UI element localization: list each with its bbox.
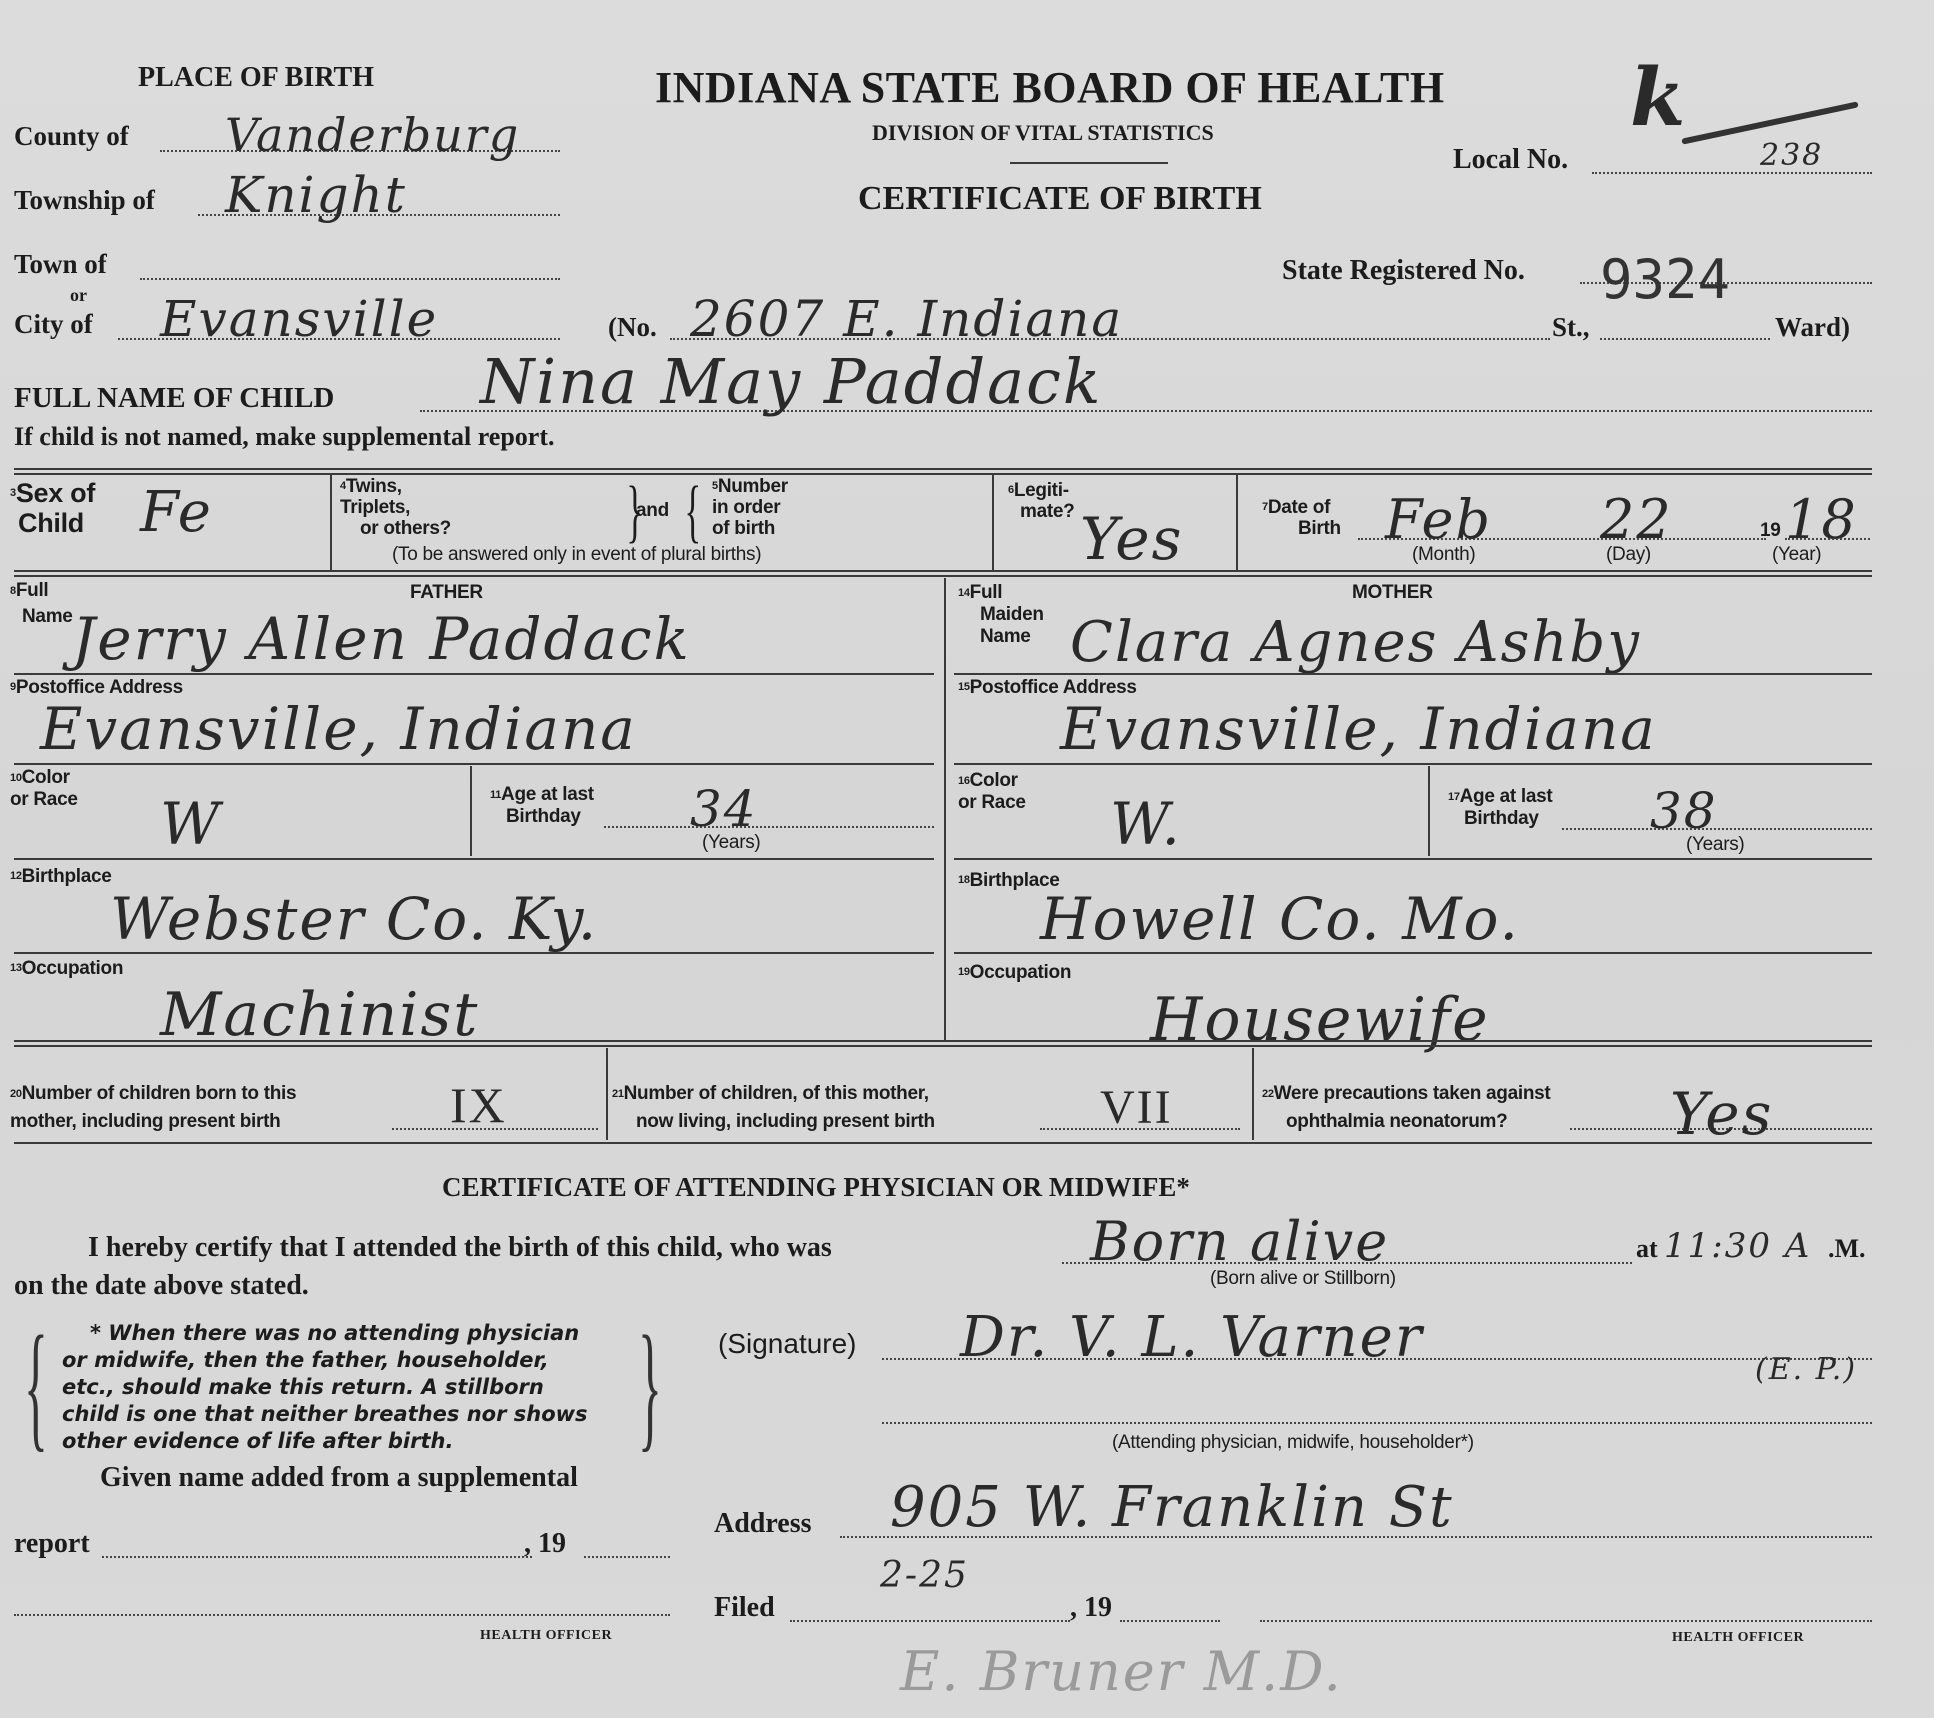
mother-age-divider xyxy=(1428,766,1430,856)
filed-year-line xyxy=(1120,1620,1220,1622)
father-color-label: 10Color or Race xyxy=(10,767,78,811)
title-divider xyxy=(1010,162,1168,164)
report-line xyxy=(102,1556,532,1558)
local-no-label: Local No. xyxy=(1453,144,1568,176)
day-caption: (Day) xyxy=(1606,544,1651,565)
report-year-prefix: , 19 xyxy=(524,1528,566,1560)
city-value: Evansville xyxy=(160,290,438,348)
born-count-label: 20Number of children born to this mother… xyxy=(10,1080,296,1136)
mother-occupation-label: 19Occupation xyxy=(958,962,1071,983)
filed-year-prefix: , 19 xyxy=(1070,1592,1112,1624)
address-value: 905 W. Franklin St xyxy=(890,1475,1454,1540)
mother-color-value: W. xyxy=(1110,790,1182,858)
born-status-value: Born alive xyxy=(1090,1210,1389,1273)
and-label: and xyxy=(636,500,669,521)
footnote-line: etc., should make this return. A stillbo… xyxy=(62,1374,588,1401)
mother-years-caption: (Years) xyxy=(1686,834,1744,855)
township-label: Township of xyxy=(14,188,155,212)
precautions-label: 22Were precautions taken against ophthal… xyxy=(1262,1080,1550,1136)
attending-caption: (Attending physician, midwife, household… xyxy=(1112,1432,1474,1453)
father-name-value: Jerry Allen Paddack xyxy=(72,605,691,673)
state-reg-value: 9324 xyxy=(1600,248,1730,311)
divider-sex xyxy=(330,474,332,570)
division-title: DIVISION OF VITAL STATISTICS xyxy=(872,120,1214,146)
mother-birthplace-line xyxy=(954,952,1872,954)
divider-counts-1 xyxy=(606,1048,608,1140)
footnote-line: other evidence of life after birth. xyxy=(62,1428,588,1455)
footnote-line: child is one that neither breathes nor s… xyxy=(62,1401,588,1428)
footnote-line: or midwife, then the father, householder… xyxy=(62,1347,588,1374)
mother-birthplace-value: Howell Co. Mo. xyxy=(1040,885,1520,953)
sex-label: 3Sex of Child xyxy=(10,478,95,538)
dob-year: 18 xyxy=(1785,488,1858,551)
local-no-value: 238 xyxy=(1760,138,1823,173)
ward-label: Ward) xyxy=(1775,312,1850,343)
at-label: at xyxy=(1636,1234,1658,1264)
footnote-line: * When there was no attending physician xyxy=(62,1320,588,1347)
birth-order-label: 5Number in order of birth xyxy=(712,476,788,539)
time-value: 11:30 A xyxy=(1664,1226,1811,1266)
mother-address-value: Evansville, Indiana xyxy=(1060,695,1657,763)
divider-row-3 xyxy=(14,1040,1872,1047)
father-name-line xyxy=(14,673,934,675)
city-label: City of xyxy=(14,312,93,336)
filed-line xyxy=(790,1620,1070,1622)
mother-heading: MOTHER xyxy=(1352,582,1433,603)
signature-value: Dr. V. L. Varner xyxy=(960,1305,1424,1370)
health-officer-label: HEALTH OFFICER xyxy=(1672,1630,1804,1646)
local-no-line xyxy=(1592,172,1872,174)
certificate-title: CERTIFICATE OF BIRTH xyxy=(858,180,1262,218)
legit-label: 6Legiti- mate? xyxy=(1008,480,1074,522)
father-birthplace-line xyxy=(14,952,934,954)
divider-parents xyxy=(944,578,946,1040)
father-name-label: 8Full Name xyxy=(10,578,73,630)
father-age-value: 34 xyxy=(690,780,758,838)
dob-year-line xyxy=(1785,538,1870,540)
mother-age-label: 17Age at last Birthday xyxy=(1448,786,1552,830)
physician-heading: CERTIFICATE OF ATTENDING PHYSICIAN OR MI… xyxy=(442,1172,1190,1203)
ward-line xyxy=(1600,338,1770,340)
mother-color-label: 16Color or Race xyxy=(958,770,1026,814)
father-age-label: 11Age at last Birthday xyxy=(490,784,594,828)
born-caption: (Born alive or Stillborn) xyxy=(1210,1268,1396,1289)
father-years-caption: (Years) xyxy=(702,832,760,853)
father-color-line xyxy=(14,858,934,860)
signature-line-2 xyxy=(882,1422,1872,1424)
father-age-line xyxy=(604,826,934,828)
father-occupation-label: 13Occupation xyxy=(10,958,123,979)
filed-label: Filed xyxy=(714,1592,775,1624)
divider-row-1 xyxy=(14,468,1872,475)
signature-label: (Signature) xyxy=(718,1328,857,1360)
footnote-brace-right: } xyxy=(638,1300,662,1470)
dob-year-prefix: 19 xyxy=(1760,520,1781,541)
st-label: St., xyxy=(1552,312,1590,343)
township-value: Knight xyxy=(225,166,407,224)
living-count-label: 21Number of children, of this mother, no… xyxy=(612,1080,935,1136)
or-label: or xyxy=(70,285,87,306)
brace-left: { xyxy=(684,472,701,552)
divider-legit-left xyxy=(992,474,994,570)
given-name-text: Given name added from a supplemental xyxy=(100,1462,578,1494)
supplemental-officer-line xyxy=(14,1614,670,1616)
mother-address-line xyxy=(954,763,1872,765)
mother-age-value: 38 xyxy=(1650,782,1718,840)
address-label: Address xyxy=(714,1508,812,1540)
unnamed-note: If child is not named, make supplemental… xyxy=(14,422,555,452)
footnote-brace-left: { xyxy=(24,1300,48,1470)
mother-name-label: 14Full Maiden Name xyxy=(958,582,1044,648)
divider-counts-2 xyxy=(1252,1048,1254,1140)
date-stated-text: on the date above stated. xyxy=(14,1270,309,1302)
full-name-value: Nina May Paddack xyxy=(480,345,1102,418)
father-birthplace-value: Webster Co. Ky. xyxy=(110,885,598,953)
certify-text: I hereby certify that I attended the bir… xyxy=(88,1232,832,1264)
full-name-label: FULL NAME OF CHILD xyxy=(14,382,334,415)
mother-color-line xyxy=(954,858,1872,860)
born-count-value: IX xyxy=(450,1076,507,1134)
place-of-birth-heading: PLACE OF BIRTH xyxy=(138,62,374,94)
meridiem-label: .M. xyxy=(1828,1234,1866,1264)
father-color-value: W xyxy=(160,790,222,858)
county-label: County of xyxy=(14,124,129,148)
health-officer-line xyxy=(1260,1620,1872,1622)
report-year-line xyxy=(584,1556,670,1558)
sex-value: Fe xyxy=(140,480,213,545)
signature-suffix: (E. P.) xyxy=(1755,1352,1857,1387)
living-count-value: VII xyxy=(1100,1080,1173,1135)
father-age-divider xyxy=(470,766,472,856)
local-no-mark: k xyxy=(1630,50,1687,144)
father-birthplace-label: 12Birthplace xyxy=(10,866,112,887)
divider-row-4 xyxy=(14,1142,1872,1144)
father-address-value: Evansville, Indiana xyxy=(40,695,637,763)
dob-month: Feb xyxy=(1385,488,1492,551)
dob-label: 7Date of Birth xyxy=(1262,497,1341,539)
street-value: 2607 E. Indiana xyxy=(690,290,1123,348)
month-caption: (Month) xyxy=(1412,544,1475,565)
year-caption: (Year) xyxy=(1772,544,1821,565)
report-label: report xyxy=(14,1528,90,1560)
precautions-value: Yes xyxy=(1670,1080,1773,1148)
footnote: * When there was no attending physician … xyxy=(62,1320,588,1455)
legit-value: Yes xyxy=(1080,505,1183,573)
twins-label: 4Twins, Triplets, or others? xyxy=(340,476,451,539)
town-line xyxy=(140,278,560,280)
county-value: Vanderburg xyxy=(225,108,520,162)
father-address-line xyxy=(14,763,934,765)
health-officer-signature: E. Bruner M.D. xyxy=(900,1640,1343,1703)
town-label: Town of xyxy=(14,252,107,276)
mother-name-value: Clara Agnes Ashby xyxy=(1070,610,1641,675)
agency-title: INDIANA STATE BOARD OF HEALTH xyxy=(655,62,1445,113)
divider-row-2 xyxy=(14,570,1872,577)
father-heading: FATHER xyxy=(410,582,483,603)
mother-name-line xyxy=(954,673,1872,675)
street-no-label: (No. xyxy=(608,312,657,343)
divider-legit-right xyxy=(1236,474,1238,570)
dob-day: 22 xyxy=(1600,488,1673,551)
birth-certificate: PLACE OF BIRTH County of Vanderburg Town… xyxy=(0,0,1934,1718)
filed-value: 2-25 xyxy=(880,1555,969,1596)
state-reg-label: State Registered No. xyxy=(1282,255,1525,287)
supplemental-health-officer-label: HEALTH OFFICER xyxy=(480,1628,612,1644)
plural-note: (To be answered only in event of plural … xyxy=(392,544,761,565)
